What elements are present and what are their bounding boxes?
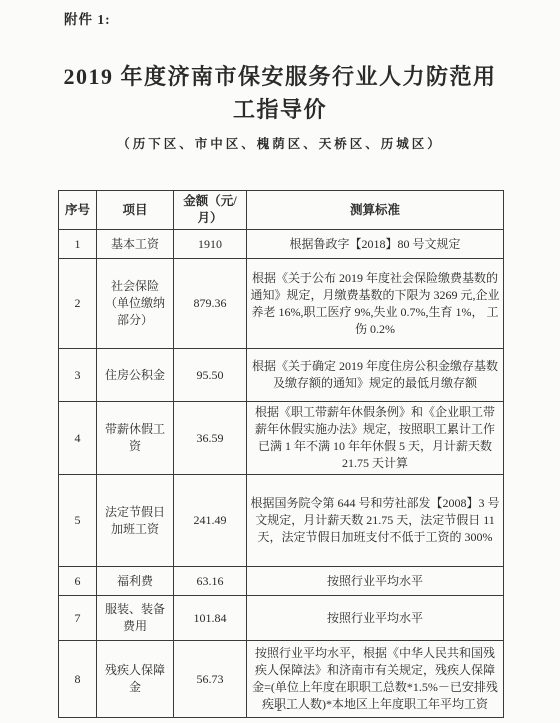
cell-standard: 根据国务院令第 644 号和劳社部发【2008】3 号文规定，月计薪天数 21.… xyxy=(247,475,504,567)
cell-no: 2 xyxy=(59,259,97,349)
cell-no: 7 xyxy=(59,596,97,641)
table-header-row: 序号 项目 金额（元/月） 测算标准 xyxy=(59,191,504,230)
cell-amount: 1910 xyxy=(174,230,247,259)
cell-no: 1 xyxy=(59,230,97,259)
document-page: 附件 1: 2019 年度济南市保安服务行业人力防范用 工指导价 （历下区、市中… xyxy=(0,0,560,723)
table-row: 7 服装、装备 费用 101.84 按照行业平均水平 xyxy=(59,596,504,641)
header-cell-standard: 测算标准 xyxy=(247,191,504,230)
table-row: 4 带薪休假工 资 36.59 根据《职工带薪年休假条例》和《企业职工带薪年休假… xyxy=(59,402,504,475)
cell-standard: 按照行业平均水平 xyxy=(247,567,504,596)
table-row: 2 社会保险 （单位缴纳 部分） 879.36 根据《关于公布 2019 年度社… xyxy=(59,259,504,349)
cell-standard: 根据《职工带薪年休假条例》和《企业职工带薪年休假实施办法》规定，按照职工累计工作… xyxy=(247,402,504,475)
header-cell-item: 项目 xyxy=(97,191,174,230)
cell-amount: 241.49 xyxy=(174,475,247,567)
cell-standard: 根据《关于确定 2019 年度住房公积金缴存基数及缴存额的通知》规定的最低月缴存… xyxy=(247,349,504,402)
cell-amount: 101.84 xyxy=(174,596,247,641)
cell-amount: 95.50 xyxy=(174,349,247,402)
cell-no: 3 xyxy=(59,349,97,402)
table-row: 3 住房公积金 95.50 根据《关于确定 2019 年度住房公积金缴存基数及缴… xyxy=(59,349,504,402)
cell-item: 基本工资 xyxy=(97,230,174,259)
table-row: 1 基本工资 1910 根据鲁政字【2018】80 号文规定 xyxy=(59,230,504,259)
cell-standard: 按照行业平均水平 xyxy=(247,596,504,641)
cell-no: 5 xyxy=(59,475,97,567)
cell-item: 福利费 xyxy=(97,567,174,596)
cell-item: 带薪休假工 资 xyxy=(97,402,174,475)
cell-item: 服装、装备 费用 xyxy=(97,596,174,641)
cell-amount: 36.59 xyxy=(174,402,247,475)
document-subtitle: （历下区、市中区、槐荫区、天桥区、历城区） xyxy=(30,134,530,152)
cell-no: 6 xyxy=(59,567,97,596)
cell-amount: 879.36 xyxy=(174,259,247,349)
table-row: 5 法定节假日 加班工资 241.49 根据国务院令第 644 号和劳社部发【2… xyxy=(59,475,504,567)
header-cell-amount: 金额（元/月） xyxy=(174,191,247,230)
attachment-label: 附件 1: xyxy=(64,8,111,28)
cell-amount: 63.16 xyxy=(174,567,247,596)
cell-standard: 根据鲁政字【2018】80 号文规定 xyxy=(247,230,504,259)
cell-no: 4 xyxy=(59,402,97,475)
table-row: 6 福利费 63.16 按照行业平均水平 xyxy=(59,567,504,596)
cell-item: 社会保险 （单位缴纳 部分） xyxy=(97,259,174,349)
header-cell-no: 序号 xyxy=(59,191,97,230)
document-title: 2019 年度济南市保安服务行业人力防范用 工指导价 xyxy=(30,60,530,126)
cell-item: 法定节假日 加班工资 xyxy=(97,475,174,567)
pricing-table: 序号 项目 金额（元/月） 测算标准 1 基本工资 1910 根据鲁政字【201… xyxy=(58,190,504,718)
cell-standard: 根据《关于公布 2019 年度社会保险缴费基数的通知》规定，月缴费基数的下限为 … xyxy=(247,259,504,349)
page-number: - 2 - xyxy=(0,703,560,714)
cell-item: 住房公积金 xyxy=(97,349,174,402)
